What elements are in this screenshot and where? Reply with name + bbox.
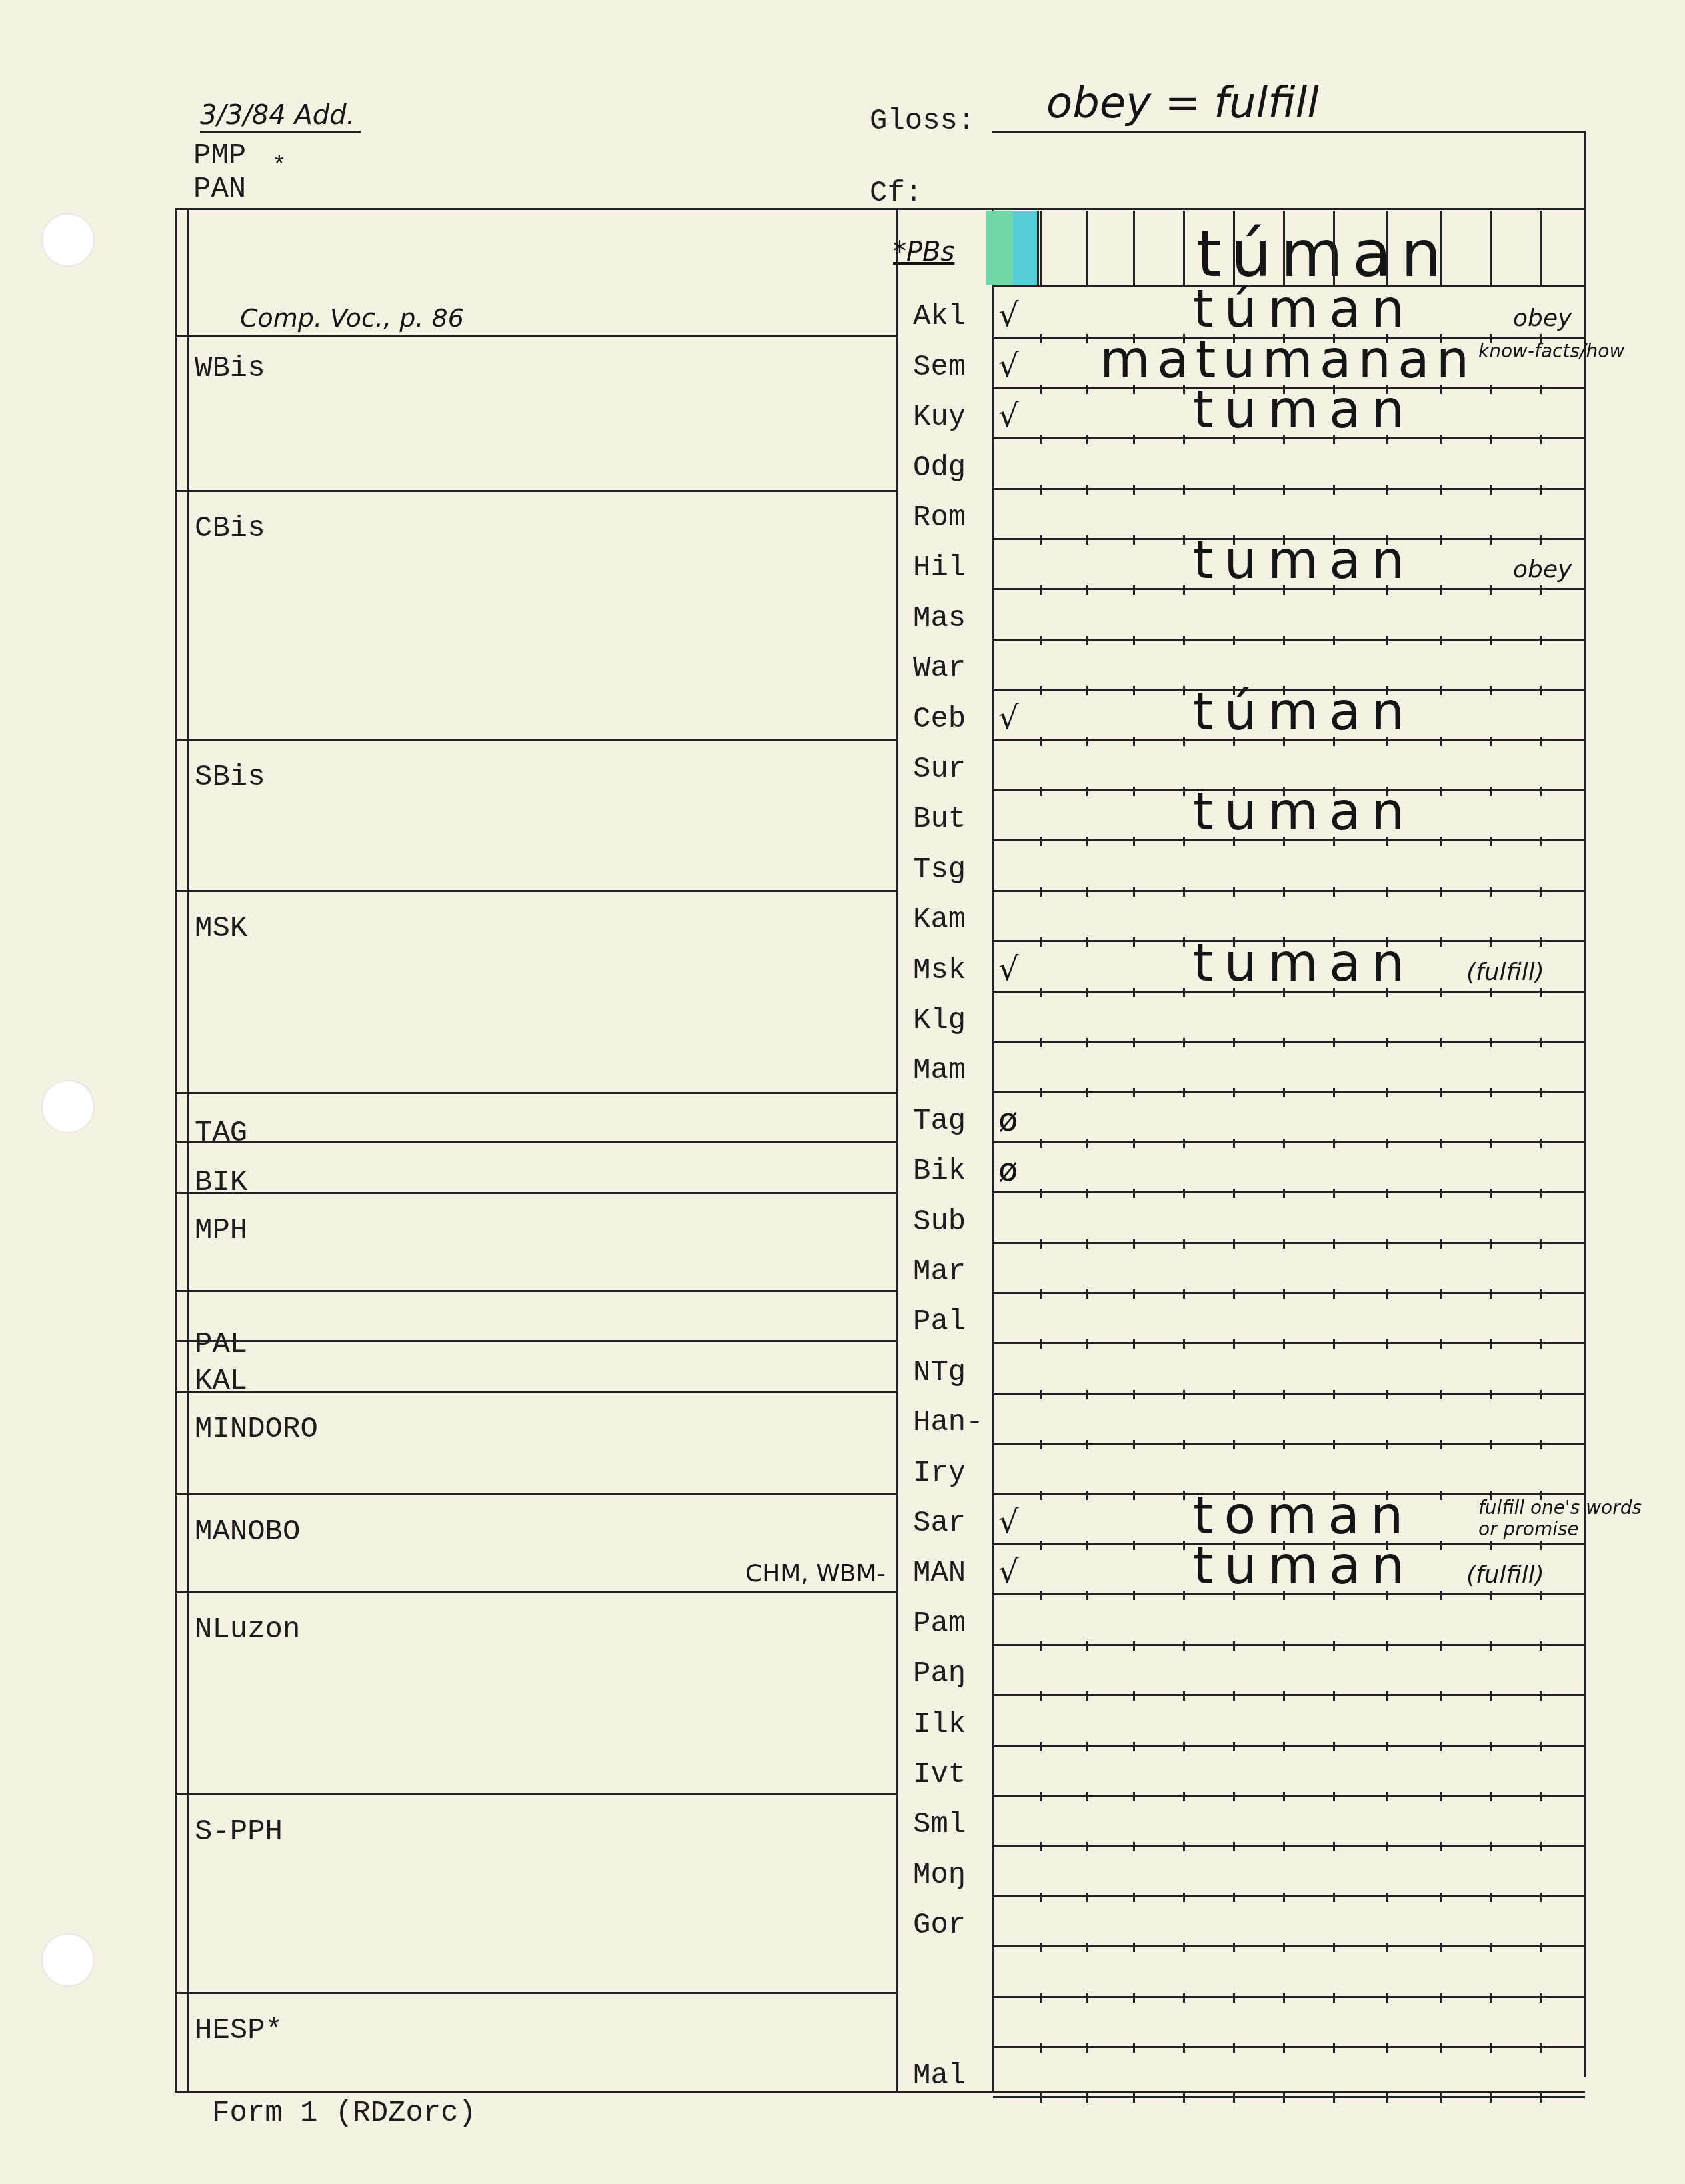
pmp-label: PMP xyxy=(193,141,246,171)
cognate-form: túman xyxy=(1193,682,1415,742)
check-mark-icon: √ xyxy=(998,951,1019,988)
check-mark-icon: √ xyxy=(998,397,1019,435)
absent-mark-icon: ø xyxy=(998,1101,1018,1139)
cognate-form: tuman xyxy=(1193,531,1415,591)
language-label: Ceb xyxy=(913,705,966,734)
date-note: 3/3/84 Add. xyxy=(200,100,361,133)
language-label: But xyxy=(913,805,966,834)
language-label: Paŋ xyxy=(913,1659,966,1689)
language-label: Klg xyxy=(913,1006,966,1035)
punch-hole xyxy=(41,213,95,267)
cognate-form: tuman xyxy=(1193,933,1415,993)
check-mark-icon: √ xyxy=(998,1553,1019,1591)
language-label: War xyxy=(913,654,966,683)
pan-label: PAN xyxy=(193,175,246,204)
language-label: Akl xyxy=(913,302,966,331)
gloss-note: obey xyxy=(1513,556,1572,583)
language-label: Kuy xyxy=(913,403,966,432)
side-note: CHM, WBM- xyxy=(745,1560,886,1587)
language-label: Mam xyxy=(913,1056,966,1085)
gloss-note: (fulfill) xyxy=(1466,959,1544,986)
language-label: Sml xyxy=(913,1810,966,1839)
language-label: Ivt xyxy=(913,1760,966,1789)
region-label: SBis xyxy=(195,763,265,792)
language-label: MAN xyxy=(913,1559,966,1588)
region-label: NLuzon xyxy=(195,1615,300,1645)
language-label: Pal xyxy=(913,1307,966,1337)
gloss-note: obey xyxy=(1513,305,1572,332)
language-label: Mal xyxy=(913,2061,966,2091)
language-label: Tag xyxy=(913,1107,966,1136)
language-label: Sub xyxy=(913,1207,966,1237)
language-label: Bik xyxy=(913,1157,966,1186)
language-label: Hil xyxy=(913,553,966,583)
region-label: MINDORO xyxy=(195,1415,318,1444)
region-label: S-PPH xyxy=(195,1817,283,1847)
language-label: Moŋ xyxy=(913,1861,966,1890)
left-note: Comp. Voc., p. 86 xyxy=(240,303,464,333)
gloss-label: Gloss: xyxy=(870,107,975,136)
language-label: Mas xyxy=(913,604,966,633)
region-label: MPH xyxy=(195,1216,247,1245)
language-label: Han- xyxy=(913,1408,984,1437)
language-label: Kam xyxy=(913,905,966,935)
gloss-note: fulfill one's words or promise xyxy=(1478,1497,1652,1540)
proto-label: *PBs xyxy=(893,237,954,267)
check-mark-icon: √ xyxy=(998,347,1019,385)
language-label: Pam xyxy=(913,1609,966,1639)
gloss-note: (fulfill) xyxy=(1466,1561,1544,1589)
region-label: MANOBO xyxy=(195,1517,300,1547)
region-label: MSK xyxy=(195,914,247,943)
gloss-note: know-facts/how xyxy=(1478,341,1652,362)
check-mark-icon: √ xyxy=(998,699,1019,737)
language-label: Iry xyxy=(913,1459,966,1488)
language-label: Rom xyxy=(913,503,966,533)
language-label: Mar xyxy=(913,1257,966,1287)
cognate-form: tuman xyxy=(1193,782,1415,842)
punch-hole xyxy=(41,1933,95,1987)
language-label: NTg xyxy=(913,1358,966,1387)
language-label: Sar xyxy=(913,1509,966,1538)
check-mark-icon: √ xyxy=(998,1503,1019,1541)
form-footer: Form 1 (RDZorc) xyxy=(212,2099,476,2128)
region-label: HESP* xyxy=(195,2016,283,2045)
region-label: TAG xyxy=(195,1119,247,1148)
highlight-swatch-cyan xyxy=(1013,211,1037,285)
language-label: Ilk xyxy=(913,1710,966,1739)
highlight-swatch-green xyxy=(986,211,1013,285)
language-label: Sem xyxy=(913,353,966,382)
gloss-value: obey = fulfill xyxy=(1046,79,1319,128)
check-mark-icon: √ xyxy=(998,297,1019,334)
region-label: WBis xyxy=(195,354,265,383)
language-label: Tsg xyxy=(913,855,966,885)
language-label: Msk xyxy=(913,956,966,985)
absent-mark-icon: ø xyxy=(998,1151,1018,1189)
region-label: CBis xyxy=(195,514,265,543)
cf-label: Cf: xyxy=(870,179,922,208)
language-label: Odg xyxy=(913,453,966,483)
language-label: Gor xyxy=(913,1911,966,1940)
pmp-star: * xyxy=(272,155,287,179)
language-label: Sur xyxy=(913,755,966,784)
cognate-form: tuman xyxy=(1193,380,1415,440)
region-label: PAL xyxy=(195,1330,247,1359)
cognate-form: tuman xyxy=(1193,1536,1415,1596)
punch-hole xyxy=(41,1080,95,1133)
